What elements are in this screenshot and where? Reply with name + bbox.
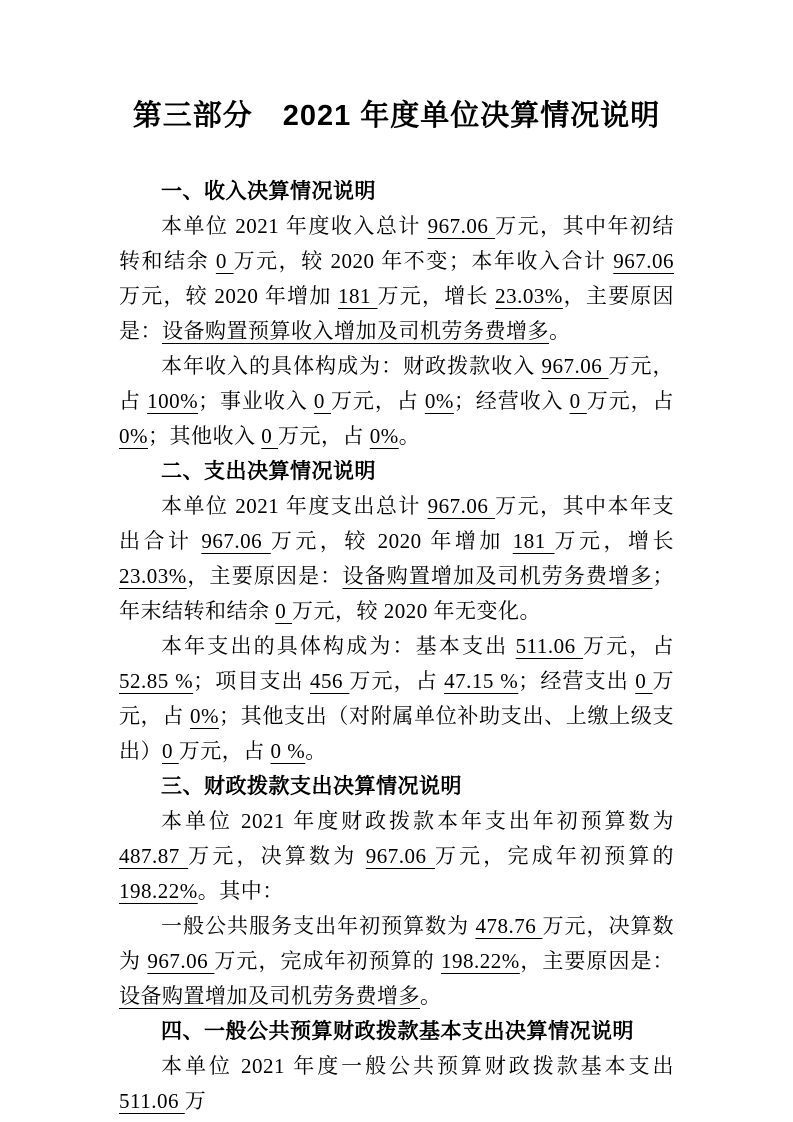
underlined-value: 0: [314, 389, 331, 413]
document-page: 第三部分 2021 年度单位决算情况说明 一、收入决算情况说明本单位 2021 …: [0, 0, 793, 1122]
text-run: 万元，完成年初预算的: [435, 844, 674, 868]
text-run: 万元，较 2020 年不变；本年收入合计: [234, 249, 614, 273]
underlined-value: 478.76: [475, 914, 542, 938]
underlined-value: 23.03%: [495, 284, 563, 308]
text-run: 一、收入决算情况说明: [161, 180, 376, 203]
underlined-value: 23.03%: [119, 564, 187, 588]
underlined-value: 487.87: [119, 844, 188, 868]
underlined-value: 967.06: [201, 529, 271, 553]
text-run: 万元，增长: [554, 529, 674, 553]
underlined-value: 181: [338, 284, 377, 308]
text-run: 本单位 2021 年度财政拨款本年支出年初预算数为: [161, 809, 674, 833]
section-heading: 四、一般公共预算财政拨款基本支出决算情况说明: [119, 1014, 674, 1049]
underlined-value: 456: [310, 669, 349, 693]
text-run: 万元，占: [331, 389, 425, 413]
text-run: ；经营收入: [454, 389, 570, 413]
text-run: 本年支出的具体构成为：基本支出: [161, 634, 516, 658]
paragraph: 本年收入的具体构成为：财政拨款收入 967.06 万元，占 100%；事业收入 …: [119, 349, 674, 454]
text-run: 万元，占: [278, 424, 370, 448]
underlined-value: 181: [513, 529, 555, 553]
underlined-value: 0%: [370, 424, 399, 448]
underlined-value: 0: [162, 739, 179, 763]
text-run: 二、支出决算情况说明: [161, 460, 376, 483]
text-run: ；其他收入: [148, 424, 261, 448]
underlined-value: 198.22%: [441, 949, 520, 973]
text-run: ，主要原因是：: [187, 564, 343, 588]
underlined-value: 511.06: [119, 1089, 185, 1113]
paragraph: 本单位 2021 年度收入总计 967.06 万元，其中年初结转和结余 0 万元…: [119, 209, 674, 349]
underlined-value: 0: [261, 424, 278, 448]
text-run: 万元，完成年初预算的: [214, 949, 441, 973]
text-run: 万: [185, 1089, 207, 1113]
underlined-value: 0: [635, 669, 652, 693]
underlined-value: 511.06: [516, 634, 583, 658]
text-run: 万元，较 2020 年增加: [271, 529, 513, 553]
text-run: 一般公共服务支出年初预算数为: [161, 914, 475, 938]
underlined-value: 967.06: [366, 844, 435, 868]
text-run: 万元，较 2020 年增加: [119, 284, 338, 308]
underlined-value: 设备购置增加及司机劳务费增多: [119, 984, 420, 1008]
document-title: 第三部分 2021 年度单位决算情况说明: [119, 96, 674, 136]
underlined-value: 967.06: [613, 249, 674, 273]
underlined-value: 0 %: [271, 739, 306, 763]
underlined-value: 198.22%: [119, 879, 198, 903]
underlined-value: 967.06: [428, 214, 496, 238]
underlined-value: 0%: [425, 389, 454, 413]
text-run: ；事业收入: [198, 389, 314, 413]
text-run: ，主要原因是：: [520, 949, 674, 973]
underlined-value: 52.85 %: [119, 669, 193, 693]
underlined-value: 0: [275, 599, 292, 623]
text-run: 万元，占: [587, 389, 674, 413]
text-run: 四、一般公共预算财政拨款基本支出决算情况说明: [161, 1020, 634, 1043]
text-run: 。其中：: [198, 879, 284, 903]
text-run: 本单位 2021 年度收入总计: [161, 214, 428, 238]
text-run: 万元，占: [583, 634, 674, 658]
text-run: 。: [305, 739, 327, 763]
paragraph: 本单位 2021 年度支出总计 967.06 万元，其中本年支出合计 967.0…: [119, 489, 674, 629]
text-run: ；项目支出: [193, 669, 310, 693]
text-run: 。: [399, 424, 421, 448]
section-heading: 三、财政拨款支出决算情况说明: [119, 769, 674, 804]
underlined-value: 100%: [147, 389, 198, 413]
text-run: 本年收入的具体构成为：财政拨款收入: [161, 354, 541, 378]
underlined-value: 0: [216, 249, 234, 273]
text-run: 万元，占: [179, 739, 271, 763]
text-run: 万元，增长: [378, 284, 496, 308]
text-run: ；经营支出: [518, 669, 635, 693]
underlined-value: 47.15 %: [444, 669, 518, 693]
underlined-value: 0: [570, 389, 587, 413]
text-run: 万元，占: [349, 669, 444, 693]
underlined-value: 967.06: [541, 354, 608, 378]
document-body: 一、收入决算情况说明本单位 2021 年度收入总计 967.06 万元，其中年初…: [119, 174, 674, 1119]
text-run: 三、财政拨款支出决算情况说明: [161, 775, 462, 798]
paragraph: 本年支出的具体构成为：基本支出 511.06 万元，占 52.85 %；项目支出…: [119, 629, 674, 769]
text-run: 本单位 2021 年度支出总计: [161, 494, 428, 518]
paragraph: 本单位 2021 年度财政拨款本年支出年初预算数为 487.87 万元，决算数为…: [119, 804, 674, 909]
underlined-value: 967.06: [428, 494, 496, 518]
text-run: 。: [549, 319, 571, 343]
section-heading: 二、支出决算情况说明: [119, 454, 674, 489]
underlined-value: 设备购置增加及司机劳务费增多: [342, 564, 652, 588]
underlined-value: 设备购置预算收入增加及司机劳务费增多: [162, 319, 549, 343]
text-run: 万元，较 2020 年无变化。: [292, 599, 541, 623]
underlined-value: 967.06: [147, 949, 214, 973]
underlined-value: 0%: [119, 424, 148, 448]
text-run: 本单位 2021 年度一般公共预算财政拨款基本支出: [161, 1054, 674, 1078]
underlined-value: 0%: [190, 704, 219, 728]
paragraph: 本单位 2021 年度一般公共预算财政拨款基本支出 511.06 万: [119, 1049, 674, 1119]
text-run: 万元，决算数为: [188, 844, 366, 868]
paragraph: 一般公共服务支出年初预算数为 478.76 万元，决算数为 967.06 万元，…: [119, 909, 674, 1014]
section-heading: 一、收入决算情况说明: [119, 174, 674, 209]
text-run: 。: [420, 984, 442, 1008]
